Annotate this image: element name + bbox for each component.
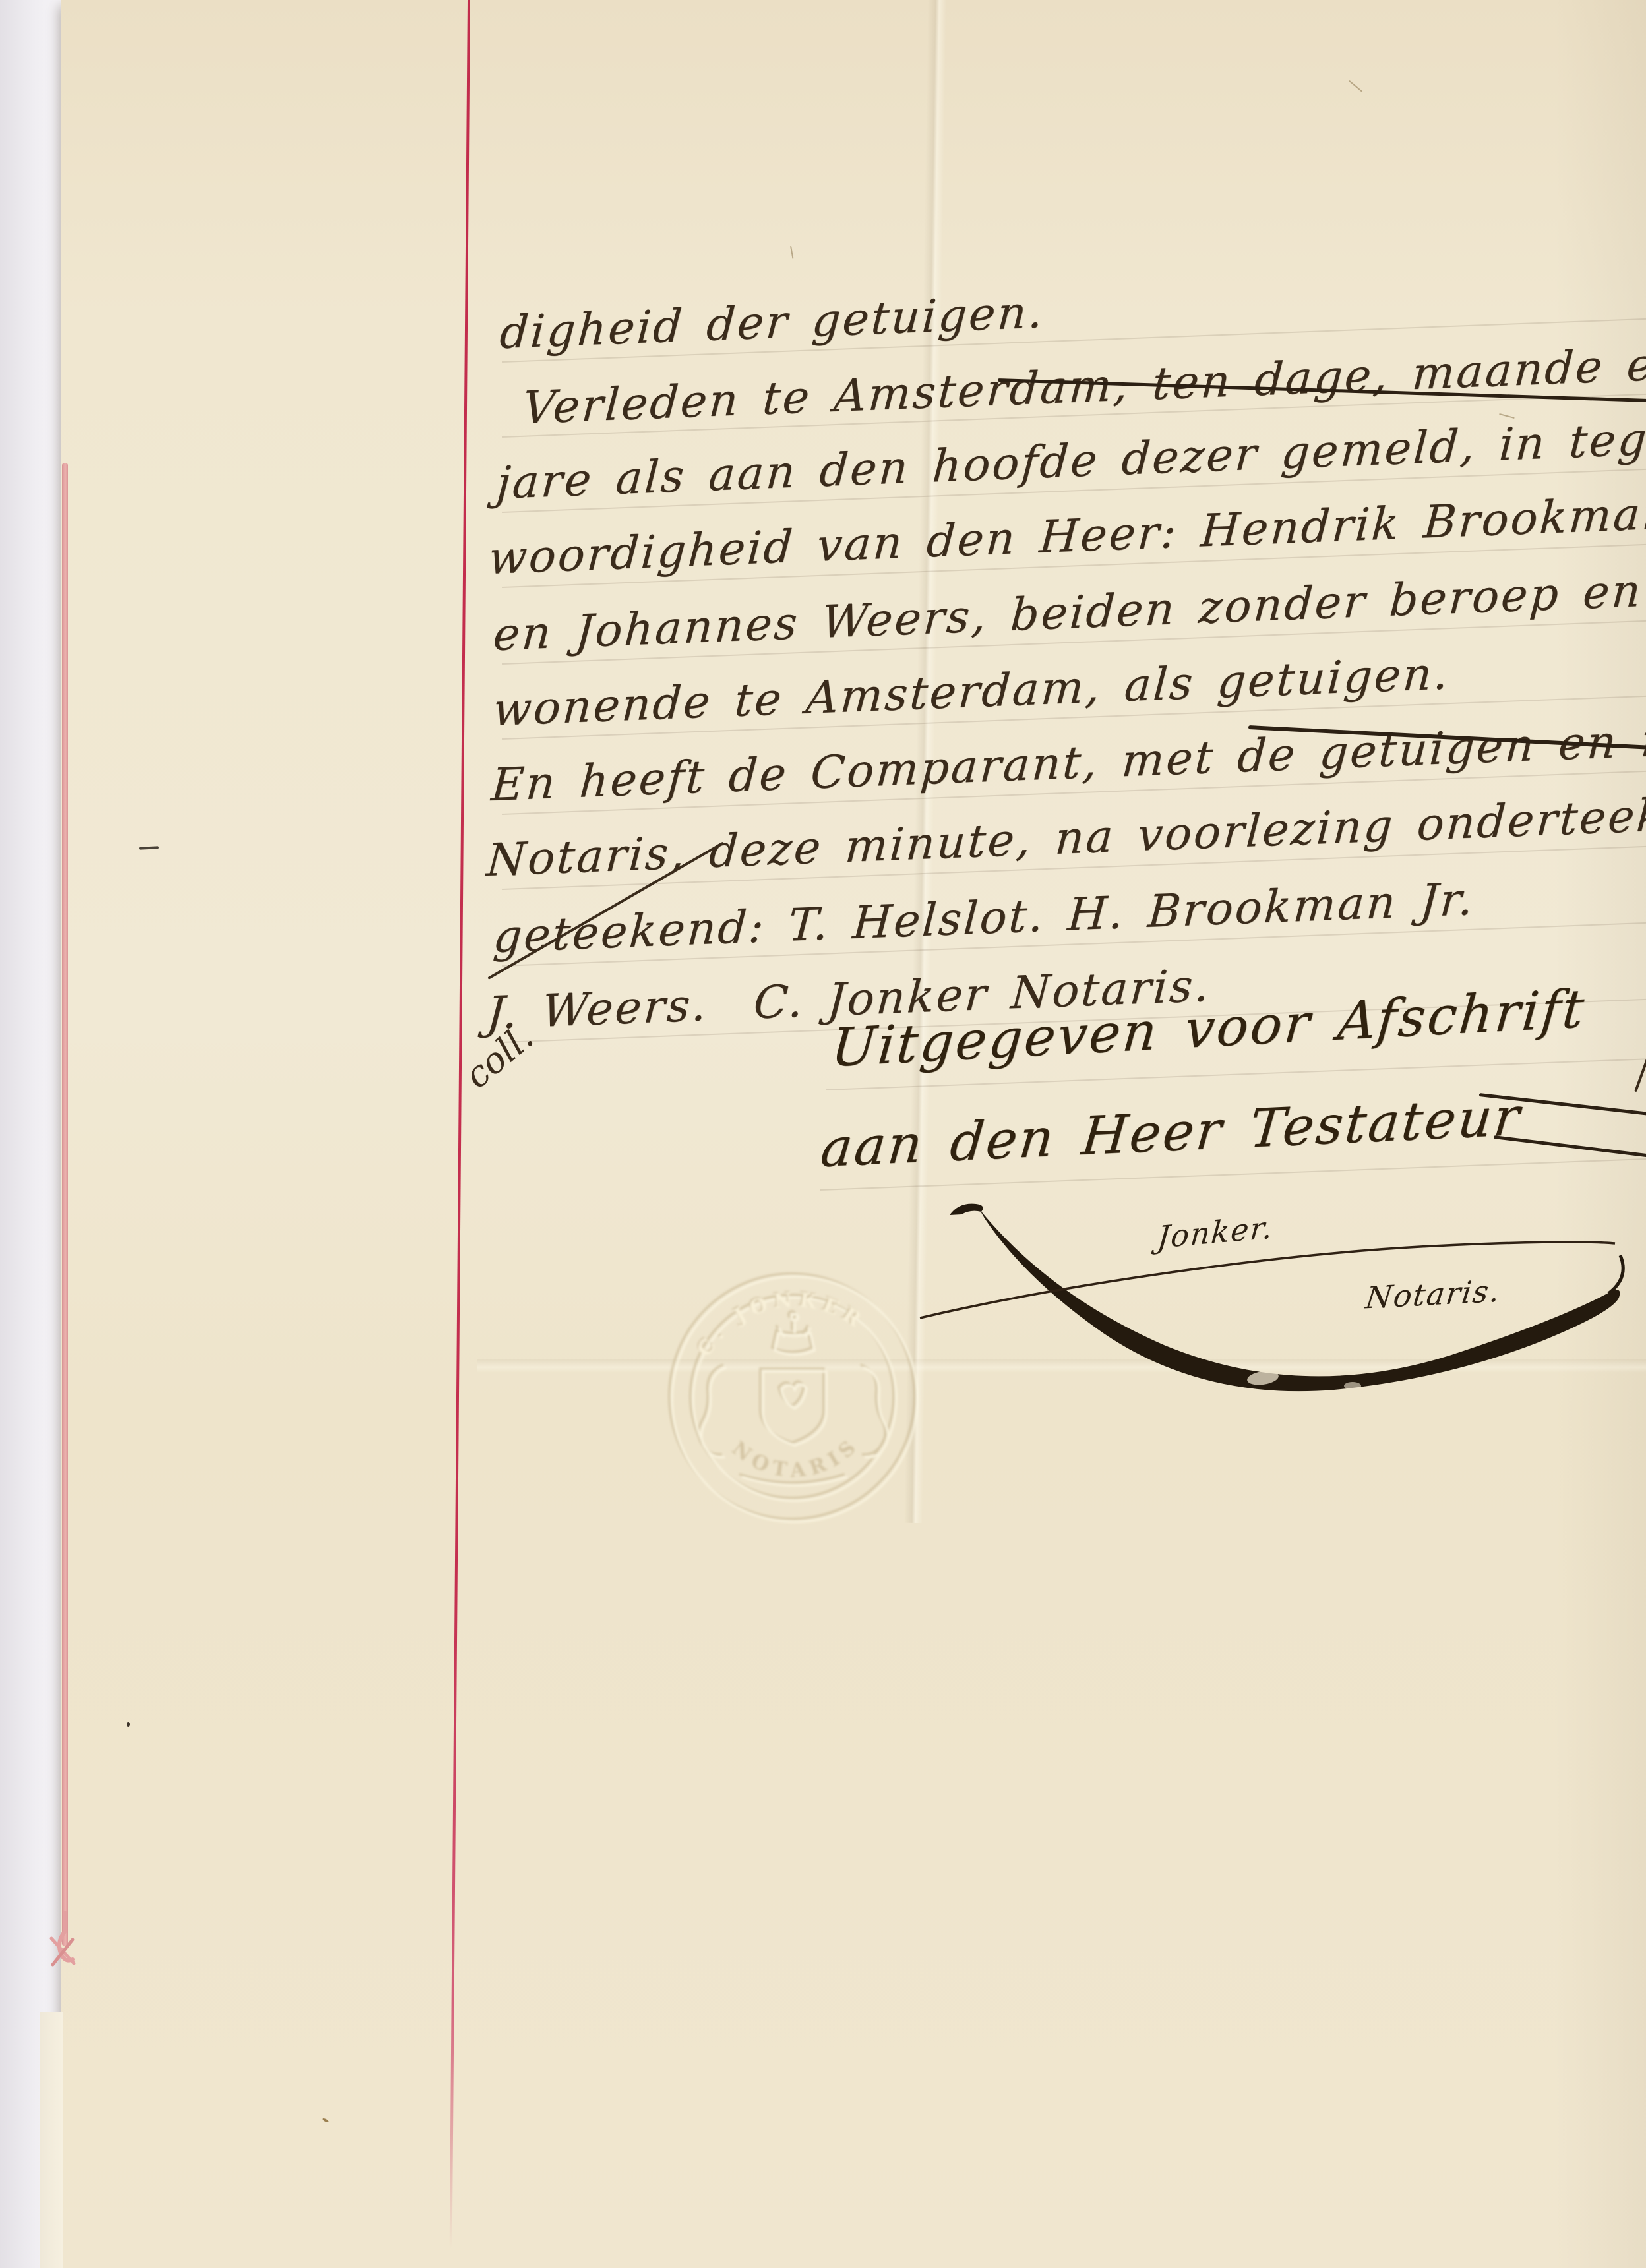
underlying-sheet-edge <box>40 2012 63 2268</box>
signature-flourish <box>905 1174 1646 1411</box>
paper-sheet: C. JONKER C. JONKER NOTARIS digheid der … <box>61 0 1646 2268</box>
binding-thread <box>62 463 68 1946</box>
flourish-start-hook <box>950 1204 983 1215</box>
embossed-notary-seal: C. JONKER C. JONKER NOTARIS <box>642 1246 945 1549</box>
margin-rule-line <box>449 0 470 2268</box>
lion-supporter-right-icon <box>861 1365 886 1454</box>
paper-fiber <box>1349 80 1363 92</box>
paper-fiber <box>1499 413 1515 419</box>
paper-fiber <box>791 246 794 259</box>
notary-signature-title: Notaris. <box>1364 1272 1503 1315</box>
binding-thread-knot <box>38 1911 95 1994</box>
handwritten-line-4: woordigheid van den Heer: Hendrik Brookm… <box>487 490 1646 583</box>
flourish-crescent <box>979 1209 1620 1391</box>
ink-sheen-patch <box>1344 1382 1361 1390</box>
paper-fiber-speck <box>322 2118 330 2123</box>
seal-highlight-layer <box>672 1276 917 1522</box>
flourish-cross-stroke <box>920 1242 1615 1318</box>
flourish-end-curl <box>1608 1255 1623 1294</box>
ink-speck <box>127 1722 130 1727</box>
seal-emboss-group: C. JONKER C. JONKER NOTARIS <box>669 1274 917 1522</box>
scanned-notarial-document: C. JONKER C. JONKER NOTARIS digheid der … <box>0 0 1646 2268</box>
pencil-dash-mark <box>139 846 159 850</box>
handwritten-line-1: digheid der getuigen. <box>499 289 1047 357</box>
